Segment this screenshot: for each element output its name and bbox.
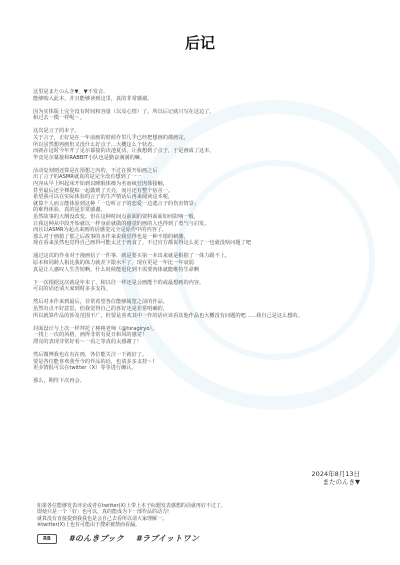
afterword-body: 这里是またのんき▼。▼不发音。 能够购入此本，并且能够读到这里，真的非常感谢。 … (33, 89, 353, 391)
text-line: 那么，期待下次再会。 (33, 378, 353, 385)
paragraph-cover-design: 封面设计与上次一样拜托了柊柊老师（@hiragiryo）。 一找上一次的风格，画… (33, 326, 353, 346)
text-line: 一找上一次的风格，画得非常有夏日和风的感觉！ (33, 332, 353, 339)
paragraph-afterword-note: 因为实体版上完全没有时间和容量（以及心情）了，所以后记就只写在这边了。 和过去一… (33, 109, 353, 122)
paragraph-subject: 这次是言子的本子。 关于言子，正好是在一年前画的时候作里几乎已经把想画的都画完，… (33, 128, 353, 161)
text-line: 和过去一模一样呢～。 (33, 115, 353, 122)
text-line: 更多情报可以在twitter（X）等等进行确认。 (33, 365, 353, 372)
text-line: 原本和同龄人相比我的体力就差下限水平了，现在更是一年比一年衰弱 (33, 260, 353, 267)
text-line: 而就在这时今年开了见尔幕接的决池夏活，让我想到了点子，于是画成了这本， (33, 148, 353, 155)
paragraph-next-event: 下一次根据这次就是年末了，和以往一样还是会画能个的或最想画的内容。 可以的话还请… (33, 280, 353, 293)
signature-date: 2024年8月13日 (312, 470, 360, 478)
text-line: 虽然有点不好意思，但我觉得自己的喜好还是非常明确的， (33, 306, 353, 313)
hashtag-love-it-one: #ラブイットワン (136, 533, 199, 544)
paragraph-social: 然后微博我也在有在画，各位能关注一下就好了。 要是各位能喜欢我至今的作品的话，也… (33, 352, 353, 372)
paragraph-event: 活动复刻则还算是在预想之内的，不过在预开始画之后 出了言子的ASMR就真的是完全… (33, 168, 353, 247)
paragraph-greeting: 这里是またのんき▼。▼不发音。 能够购入此本，并且能够读到这里，真的非常感谢。 (33, 89, 353, 102)
text-line: 内容从早上叫起床开始到以睡眠体操为名而疯狂肉体接触， (33, 181, 353, 188)
text-line: 真是让人感叹人生苦短啊。什么时候能进化到不需要肉体就能维持生命啊 (33, 267, 353, 274)
text-line: 而且以ASMR为起点来画的话感觉完全是原作中的内容了， (33, 227, 353, 234)
text-line: 希望我可以在实际体验的言子的生声情话后再来阅读这本呢， (33, 194, 353, 201)
text-line: 的难得体验，真的是非常感谢。 (33, 207, 353, 214)
signature-block: 2024年8月13日 またのんき▼ (312, 470, 360, 486)
text-line: 所以就算作品的涉及范围不广，但要是喜欢其中一作的话应该看其他作品也大概没有问题的… (33, 313, 353, 320)
text-line: 现在看来虽然也觉得自己画得可能太过于肉食了，不过官方都说得这么花了一也就没啥问题… (33, 240, 353, 247)
text-line: 能够购入此本，并且能够读到这里，真的非常感谢。 (33, 96, 353, 103)
hashtag-nonki-book: #のんきブック (69, 533, 124, 544)
text-line: 这里是またのんき▼。▼不发音。 (33, 89, 353, 96)
text-line: 虽然故事的大纲没改变，但在这种时间点前面的资料面面如何影响一般， (33, 214, 353, 221)
hashtag-row: RB #のんきブック #ラブイットワン (37, 533, 199, 544)
page-title: 后记 (0, 32, 400, 53)
text-line: 这次是言子的本子。 (33, 128, 353, 135)
paragraph-farewell: 那么，期待下次再会。 (33, 378, 353, 385)
paragraph-previous-works: 然后对本作来到最后，非常希望各位能够阅览之前的作品。 虽然有点不好意思，但我觉得… (33, 299, 353, 319)
text-line: 然后微博我也在有在画，各位能关注一下就好了。 (33, 352, 353, 359)
text-line: 关于言子，正好是在一年前画的时候作里几乎已经把想画的都画完， (33, 135, 353, 142)
paragraph-stamina: 通过这次的作业对于漫画信了一件事，就是要买第一本出来就是根据了一体力跟不上。 原… (33, 253, 353, 273)
text-line: 漂亮的表现非常好看～一看之等真的太感谢了！ (33, 339, 353, 346)
text-line: 可以的话还请大家到时多多支持。 (33, 286, 353, 293)
signature-author: またのんき▼ (312, 478, 360, 486)
footer-notes: 如果各位能够发表评论或者在twitter(X)上带上本子标题发表感想的话就再好不… (37, 503, 377, 528)
circle-logo-icon: RB (37, 534, 57, 544)
footer-line: ※twitter(X)上也有可能由于搜索被禁而看漏。 (37, 522, 377, 528)
text-line: 毕竟见尔幕接和RABBIT小队也是勤奋满满的嘛。 (33, 155, 353, 162)
